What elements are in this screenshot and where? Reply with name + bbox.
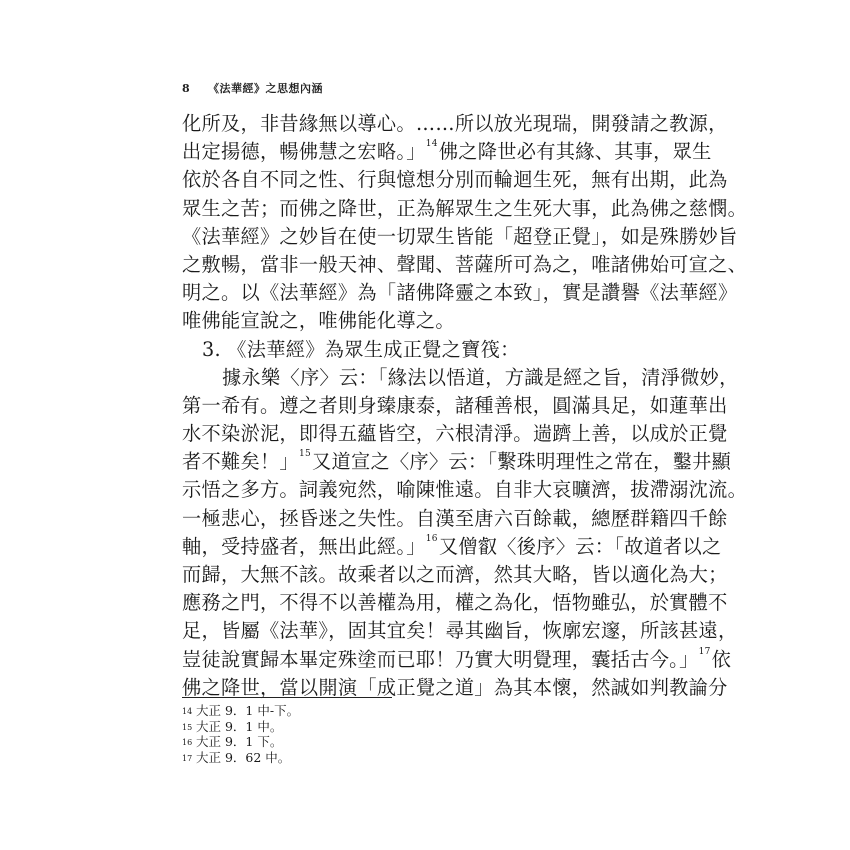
footnote-divider <box>182 697 392 698</box>
text-line: 足，皆屬《法華》，固其宜矣！尋其幽旨，恢廓宏邃，所該甚遠， <box>182 617 634 645</box>
text-line: 明之。以《法華經》為「諸佛降靈之本致」，實是讚譽《法華經》 <box>182 279 634 307</box>
section-heading: 3. 《法華經》為眾生成正覺之寶筏： <box>182 336 634 364</box>
footnote-item: 14大正 9．1 中-下。 <box>182 703 299 719</box>
text-line: 化所及，非昔緣無以導心。……所以放光現瑞，開發請之教源， <box>182 110 634 138</box>
text-segment: 又道宣之〈序〉云：「繫珠明理性之常在，鑿井顯 <box>312 450 731 473</box>
text-line: 眾生之苦；而佛之降世，正為解眾生之生死大事，此為佛之慈憫。 <box>182 195 634 223</box>
footnote-text: 大正 9．1 中。 <box>196 719 282 734</box>
text-segment: 豈徒說實歸本畢定殊塗而已耶！乃實大明覺理，囊括古今。」 <box>182 648 699 671</box>
text-line: 示悟之多方。詞義宛然，喻陳惟遠。自非大哀曠濟，拔滯溺沈流。 <box>182 476 634 504</box>
footnote-ref: 17 <box>699 647 711 657</box>
running-header: 8《法華經》之思想內涵 <box>182 78 634 100</box>
text-line: 水不染淤泥，即得五蘊皆空，六根清淨。遄躋上善，以成於正覺 <box>182 420 634 448</box>
text-segment: 佛之降世必有其緣、其事，眾生 <box>439 140 712 163</box>
text-segment: 依 <box>712 648 732 671</box>
body-text: 化所及，非昔緣無以導心。……所以放光現瑞，開發請之教源， 出定揚德，暢佛慧之宏略… <box>182 110 634 702</box>
text-line: 軸，受持盛者，無出此經。」16又僧叡〈後序〉云：「故道者以之 <box>182 533 634 561</box>
footnotes: 14大正 9．1 中-下。 15大正 9．1 中。 16大正 9．1 下。 17… <box>182 703 299 765</box>
text-segment: 又僧叡〈後序〉云：「故道者以之 <box>439 535 722 558</box>
text-line: 唯佛能宣說之，唯佛能化導之。 <box>182 307 634 335</box>
text-line: 而歸，大無不該。故乘者以之而濟，然其大略，皆以適化為大； <box>182 561 634 589</box>
text-line: 《法華經》之妙旨在使一切眾生皆能「超登正覺」，如是殊勝妙旨 <box>182 223 634 251</box>
text-segment: 者不難矣！」 <box>182 450 299 473</box>
footnote-item: 17大正 9．62 中。 <box>182 750 299 766</box>
book-page: 8《法華經》之思想內涵 化所及，非昔緣無以導心。……所以放光現瑞，開發請之教源，… <box>182 78 634 702</box>
footnote-number: 14 <box>182 704 196 720</box>
footnote-item: 15大正 9．1 中。 <box>182 719 299 735</box>
footnote-ref: 15 <box>299 449 311 459</box>
text-line: 豈徒說實歸本畢定殊塗而已耶！乃實大明覺理，囊括古今。」17依 <box>182 646 634 674</box>
text-line: 者不難矣！」15又道宣之〈序〉云：「繫珠明理性之常在，鑿井顯 <box>182 448 634 476</box>
footnote-text: 大正 9．62 中。 <box>196 750 290 765</box>
text-line: 據永樂〈序〉云：「緣法以悟道，方識是經之旨，清淨微妙， <box>182 364 634 392</box>
footnote-ref: 16 <box>426 534 438 544</box>
footnote-number: 17 <box>182 751 196 767</box>
footnote-item: 16大正 9．1 下。 <box>182 734 299 750</box>
text-line: 依於各自不同之性、行與憶想分別而輪迴生死，無有出期，此為 <box>182 166 634 194</box>
footnote-number: 15 <box>182 720 196 736</box>
text-segment: 軸，受持盛者，無出此經。」 <box>182 535 426 558</box>
footnote-ref: 14 <box>426 139 438 149</box>
footnote-number: 16 <box>182 735 196 751</box>
text-line: 出定揚德，暢佛慧之宏略。」14佛之降世必有其緣、其事，眾生 <box>182 138 634 166</box>
page-number: 8 <box>182 78 208 100</box>
footnote-text: 大正 9．1 下。 <box>196 734 282 749</box>
running-title: 《法華經》之思想內涵 <box>208 82 323 95</box>
text-line: 第一希有。遵之者則身臻康泰，諸種善根，圓滿具足，如蓮華出 <box>182 392 634 420</box>
footnote-text: 大正 9．1 中-下。 <box>196 703 299 718</box>
text-line: 應務之門，不得不以善權為用，權之為化，悟物雖弘，於實體不 <box>182 589 634 617</box>
text-segment: 出定揚德，暢佛慧之宏略。」 <box>182 140 426 163</box>
text-line: 一極悲心，拯昏迷之失性。自漢至唐六百餘載，總歷群籍四千餘 <box>182 505 634 533</box>
text-line: 之敷暢，當非一般天神、聲聞、菩薩所可為之，唯諸佛始可宣之、 <box>182 251 634 279</box>
